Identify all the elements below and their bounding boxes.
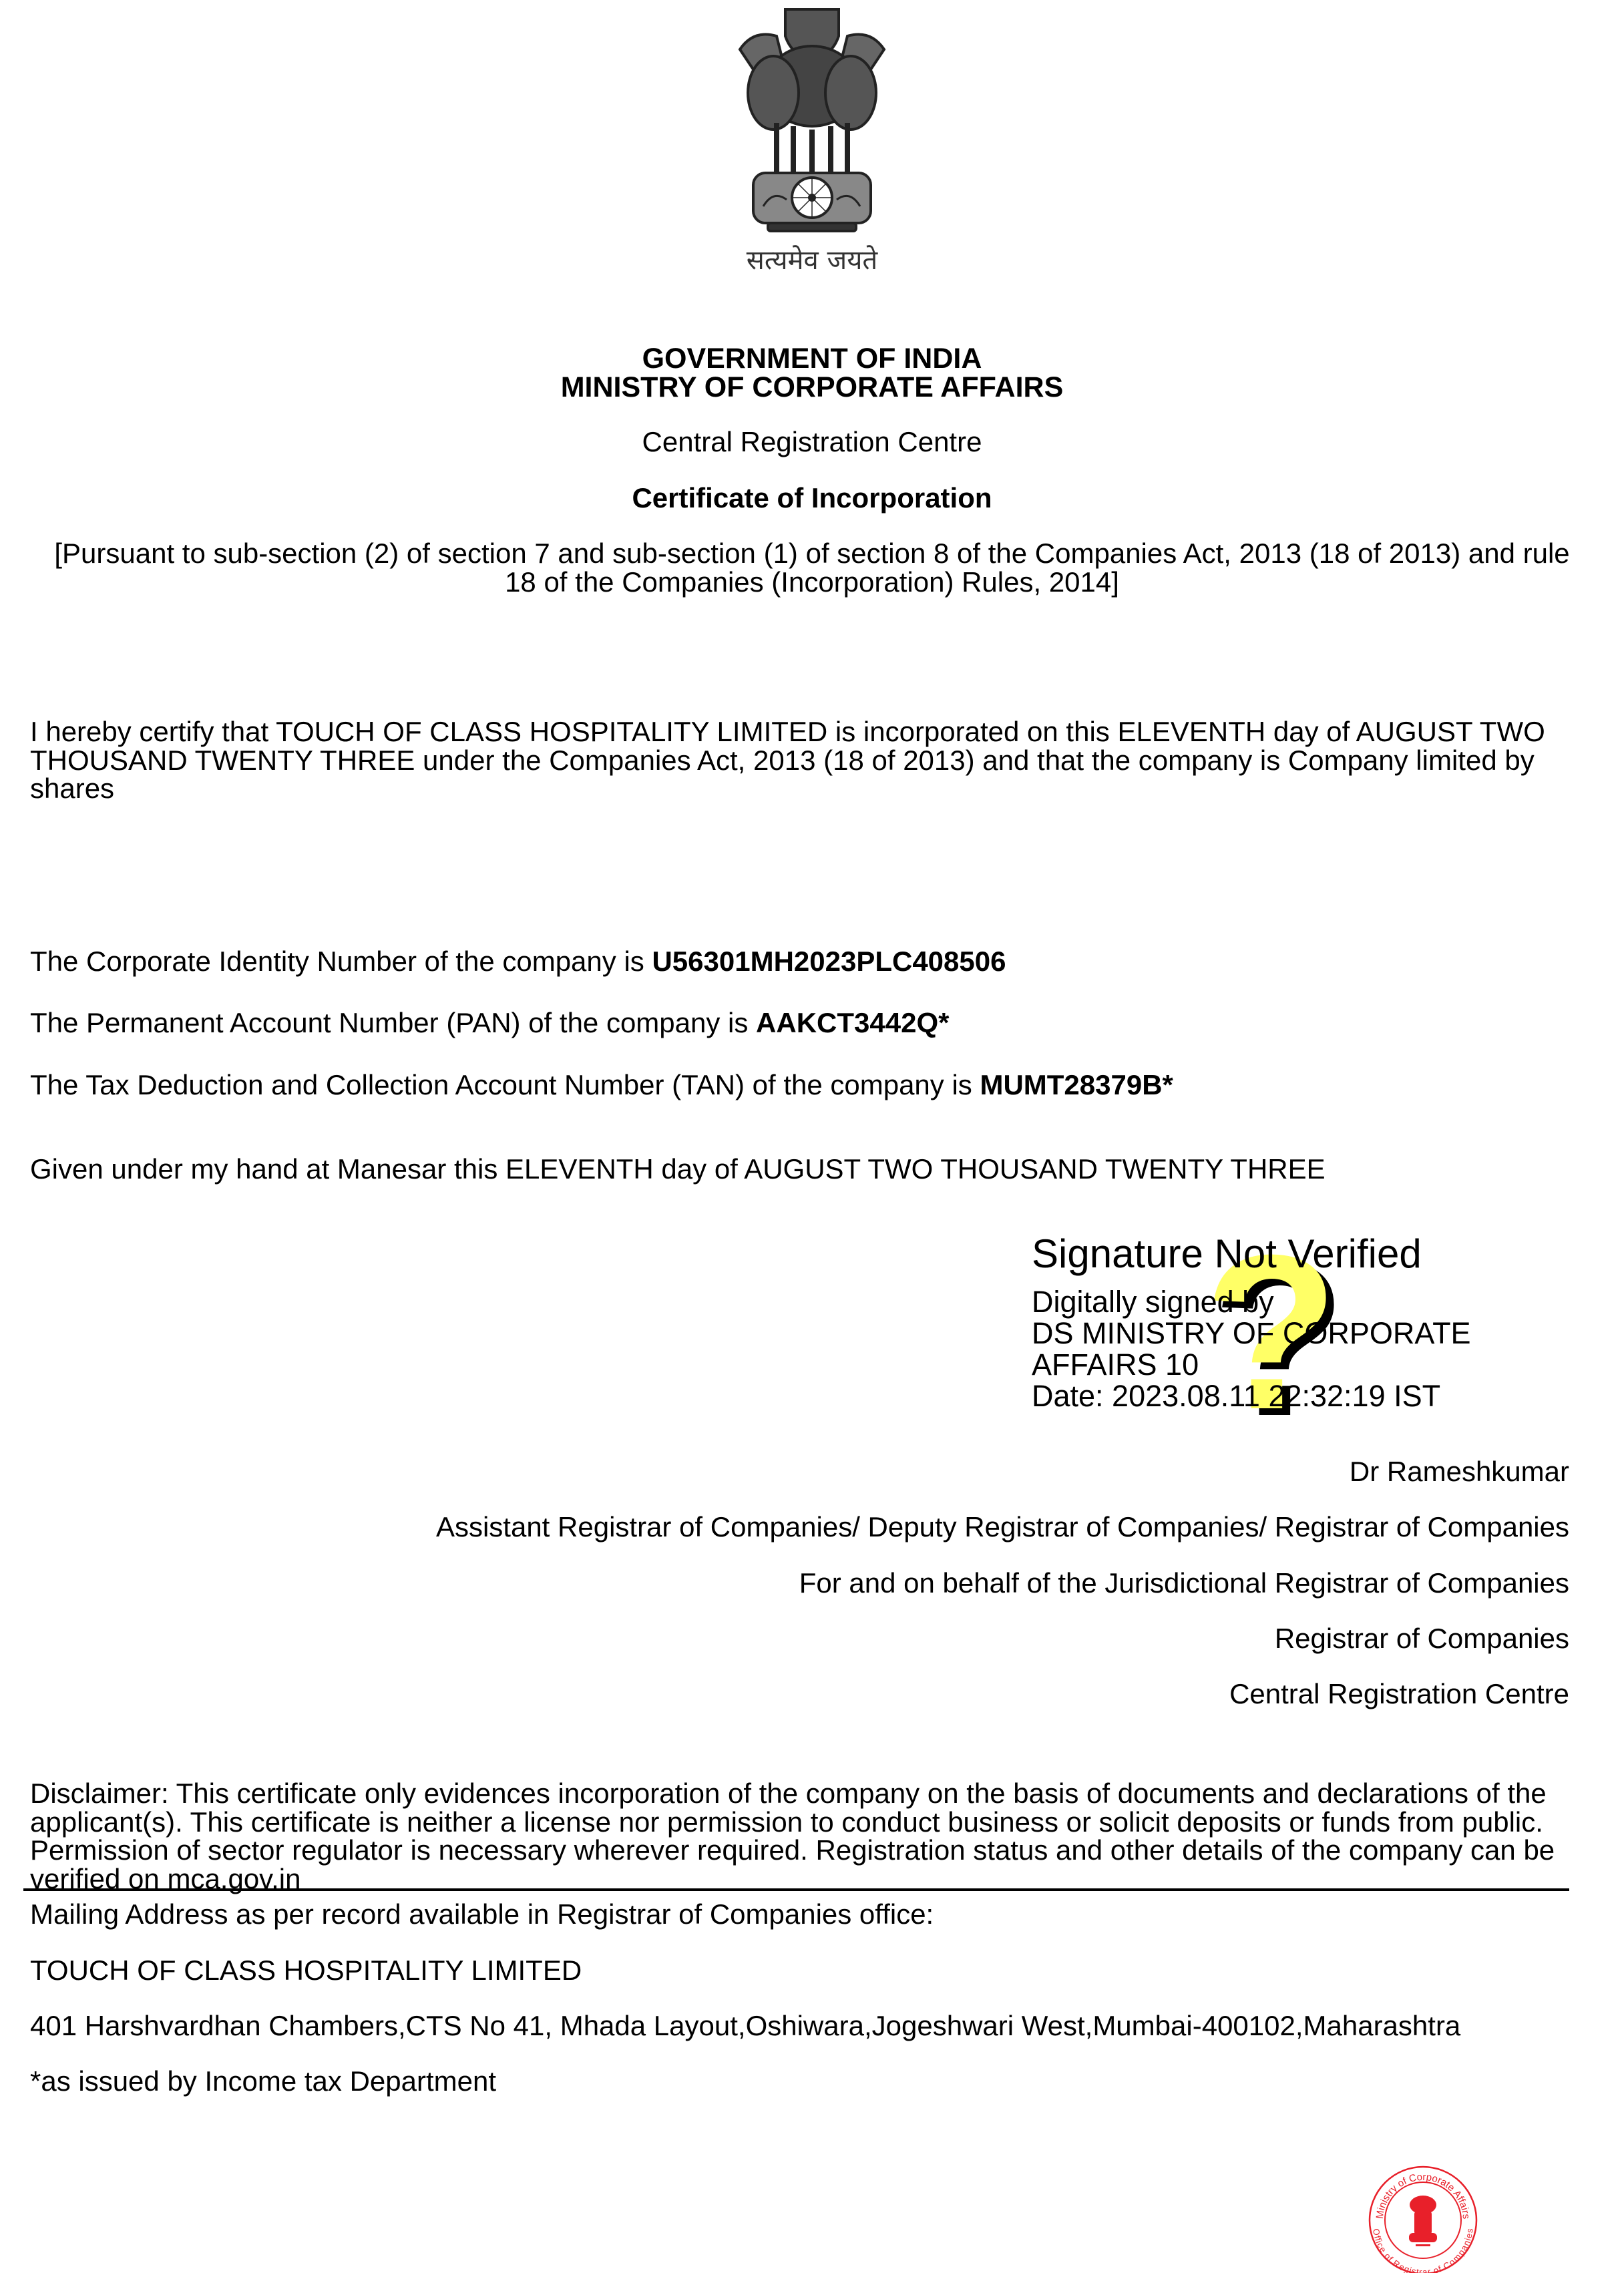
signature-date: Date: 2023.08.11 22:32:19 IST: [1032, 1380, 1440, 1412]
certification-line-2: THOUSAND TWENTY THREE under the Companie…: [30, 746, 1535, 775]
emblem-motto: सत्यमेव जयते: [0, 246, 1624, 275]
pan-tan-footnote: *as issued by Income tax Department: [30, 2067, 496, 2095]
cin-value: U56301MH2023PLC408506: [652, 946, 1006, 977]
pan-row: The Permanent Account Number (PAN) of th…: [30, 1008, 949, 1037]
registrar-office: Registrar of Companies: [1275, 1624, 1569, 1653]
digital-signature-block[interactable]: ? Signature Not Verified Digitally signe…: [1032, 1234, 1579, 1414]
tan-row: The Tax Deduction and Collection Account…: [30, 1070, 1173, 1099]
mailing-company: TOUCH OF CLASS HOSPITALITY LIMITED: [30, 1956, 582, 1985]
government-heading: GOVERNMENT OF INDIA: [0, 345, 1624, 373]
cin-label: The Corporate Identity Number of the com…: [30, 946, 652, 977]
tan-value: MUMT28379B*: [980, 1069, 1173, 1100]
registrar-name: Dr Rameshkumar: [1350, 1457, 1569, 1486]
pan-value: AAKCT3442Q*: [756, 1007, 949, 1038]
signer-name-line-1: DS MINISTRY OF CORPORATE: [1032, 1317, 1471, 1349]
signer-name-line-2: AFFAIRS 10: [1032, 1349, 1199, 1380]
registrar-behalf: For and on behalf of the Jurisdictional …: [799, 1569, 1569, 1597]
ministry-heading: MINISTRY OF CORPORATE AFFAIRS: [0, 373, 1624, 402]
registrar-centre: Central Registration Centre: [1229, 1679, 1569, 1708]
disclaimer-line-3: Permission of sector regulator is necess…: [30, 1836, 1573, 1865]
signature-status: Signature Not Verified: [1032, 1234, 1422, 1274]
office-name: Central Registration Centre: [0, 427, 1624, 456]
section-divider: [23, 1888, 1569, 1891]
disclaimer-line-2: applicant(s). This certificate is neithe…: [30, 1808, 1573, 1837]
registrar-designation: Assistant Registrar of Companies/ Deputy…: [436, 1512, 1569, 1541]
mca-seal-icon: Ministry of Corporate Affairs Office of …: [1366, 2163, 1480, 2273]
certification-line-1: I hereby certify that TOUCH OF CLASS HOS…: [30, 717, 1545, 746]
given-under-hand: Given under my hand at Manesar this ELEV…: [30, 1155, 1326, 1183]
pan-label: The Permanent Account Number (PAN) of th…: [30, 1007, 756, 1038]
document-title: Certificate of Incorporation: [0, 483, 1624, 512]
mailing-address: 401 Harshvardhan Chambers,CTS No 41, Mha…: [30, 2011, 1460, 2040]
disclaimer-line-1: Disclaimer: This certificate only eviden…: [30, 1780, 1573, 1808]
mailing-heading: Mailing Address as per record available …: [30, 1900, 934, 1928]
national-emblem-icon: [727, 3, 897, 247]
signed-by-label: Digitally signed by: [1032, 1286, 1274, 1317]
cin-row: The Corporate Identity Number of the com…: [30, 947, 1006, 976]
certification-line-3: shares: [30, 774, 114, 803]
pursuant-clause-line-2: 18 of the Companies (Incorporation) Rule…: [0, 568, 1624, 596]
tan-label: The Tax Deduction and Collection Account…: [30, 1069, 980, 1100]
pursuant-clause-line-1: [Pursuant to sub-section (2) of section …: [0, 539, 1624, 568]
